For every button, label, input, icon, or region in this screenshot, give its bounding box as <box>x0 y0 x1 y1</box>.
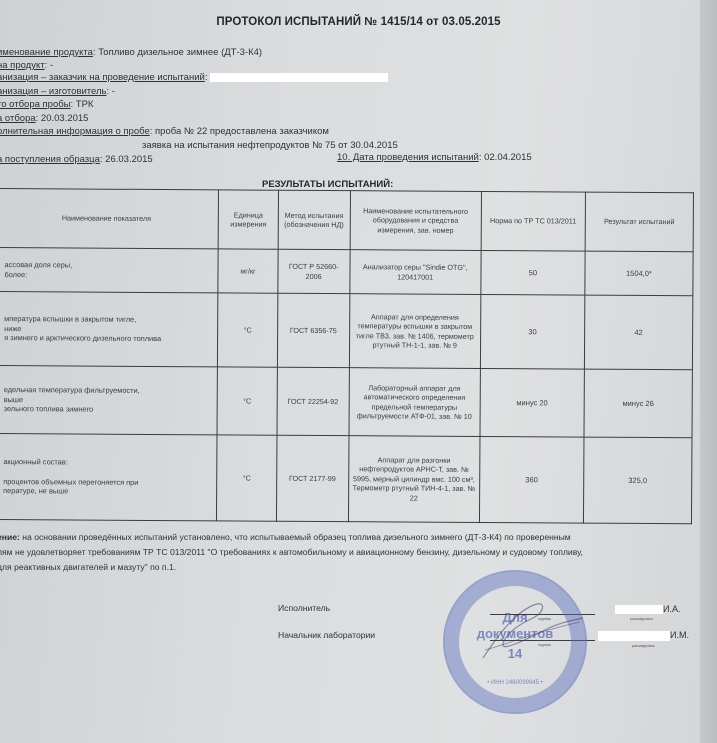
conclusion: ение: на основании проведённых испытаний… <box>0 530 707 575</box>
row-indicator: мпература вспышки в закрытом тигле, ниже… <box>0 292 218 367</box>
row-norm: минус 20 <box>480 368 584 437</box>
row-method: ГОСТ 2177-99 <box>276 435 348 521</box>
field-sampling-place: то отбора пробы: ТРК <box>0 99 93 110</box>
field-product-doc: на продукт: - <box>0 60 53 71</box>
row-equipment: Аппарат для определения температуры вспы… <box>349 294 481 369</box>
field-extra-info-line2: заявка на испытания нефтепродуктов № 75 … <box>142 140 398 151</box>
results-title: РЕЗУЛЬТАТЫ ИСПЫТАНИЙ: <box>262 179 393 190</box>
row-indicator: едельная температура фильтруемости, выше… <box>0 365 218 434</box>
field-sampling-date: а отбора: 20.03.2015 <box>0 113 88 124</box>
table-row: едельная температура фильтруемости, выше… <box>0 365 692 437</box>
row-unit: мг/кг <box>218 249 278 293</box>
field-extra-info: олнительная информация о пробе: проба № … <box>0 126 329 137</box>
redacted-block <box>210 73 388 82</box>
row-result: 1504,0* <box>585 251 693 296</box>
signature-name-executor: И.А. <box>615 604 680 614</box>
row-norm: 30 <box>480 294 584 369</box>
signature-name-lab-head: И.М. <box>598 630 689 641</box>
signature-scribble <box>475 600 585 660</box>
row-norm: 50 <box>481 250 585 295</box>
row-method: ГОСТ 6356-75 <box>277 293 349 367</box>
header-indicator: Наименование показателя <box>0 189 219 249</box>
table-row: ассовая доля серы, более: мг/кг ГОСТ Р 5… <box>0 248 693 296</box>
header-norm: Норма по ТР ТС 013/2011 <box>481 191 585 251</box>
results-table: Наименование показателя Единица измерени… <box>0 188 694 524</box>
signature-role-executor: Исполнитель <box>278 603 330 613</box>
row-equipment: Анализатор серы "Sindie OTG", 120417001 <box>349 250 481 295</box>
row-equipment: Аппарат для разгонки нефтепродуктов АРНС… <box>348 436 480 523</box>
row-result: 42 <box>584 295 693 370</box>
row-unit: °С <box>217 435 277 521</box>
page-edge <box>700 0 717 743</box>
header-unit: Единица измерения <box>218 190 278 249</box>
row-indicator: акционный состав: процентов объемных пер… <box>0 433 217 520</box>
table-row: акционный состав: процентов объемных пер… <box>0 433 692 523</box>
redacted-block <box>615 605 663 614</box>
row-result: минус 26 <box>584 369 693 438</box>
field-customer-org: анизация – заказчик на проведение испыта… <box>0 72 388 83</box>
row-unit: °С <box>217 367 277 435</box>
field-test-date: 10. Дата проведения испытаний: 02.04.201… <box>337 152 532 163</box>
row-method: ГОСТ Р 52660-2006 <box>278 249 350 293</box>
signature-role-lab-head: Начальник лаборатории <box>278 630 375 640</box>
field-manufacturer: анизация – изготовитель: - <box>0 86 115 97</box>
field-receipt-date: а поступления образца: 26.03.2015 <box>0 154 153 165</box>
field-product-name: именование продукта: Топливо дизельное з… <box>0 47 262 58</box>
table-header-row: Наименование показателя Единица измерени… <box>0 189 693 252</box>
document-title: ПРОТОКОЛ ИСПЫТАНИЙ № 1415/14 от 03.05.20… <box>0 16 717 28</box>
row-equipment: Лабораторный аппарат для автоматического… <box>349 368 481 437</box>
row-indicator: ассовая доля серы, более: <box>0 248 218 293</box>
name-caption: расшифровка <box>630 617 653 621</box>
row-result: 325,0 <box>583 437 692 524</box>
header-equipment: Наименование испытательного оборудования… <box>350 191 482 251</box>
row-unit: °С <box>218 293 278 367</box>
row-method: ГОСТ 22254-92 <box>277 367 349 435</box>
row-norm: 360 <box>479 436 584 523</box>
redacted-block <box>598 631 670 641</box>
name-caption: расшифровка <box>632 644 655 648</box>
header-result: Результат испытаний <box>585 192 693 252</box>
header-method: Метод испытания (обозначения НД) <box>278 190 350 249</box>
table-row: мпература вспышки в закрытом тигле, ниже… <box>0 292 693 370</box>
